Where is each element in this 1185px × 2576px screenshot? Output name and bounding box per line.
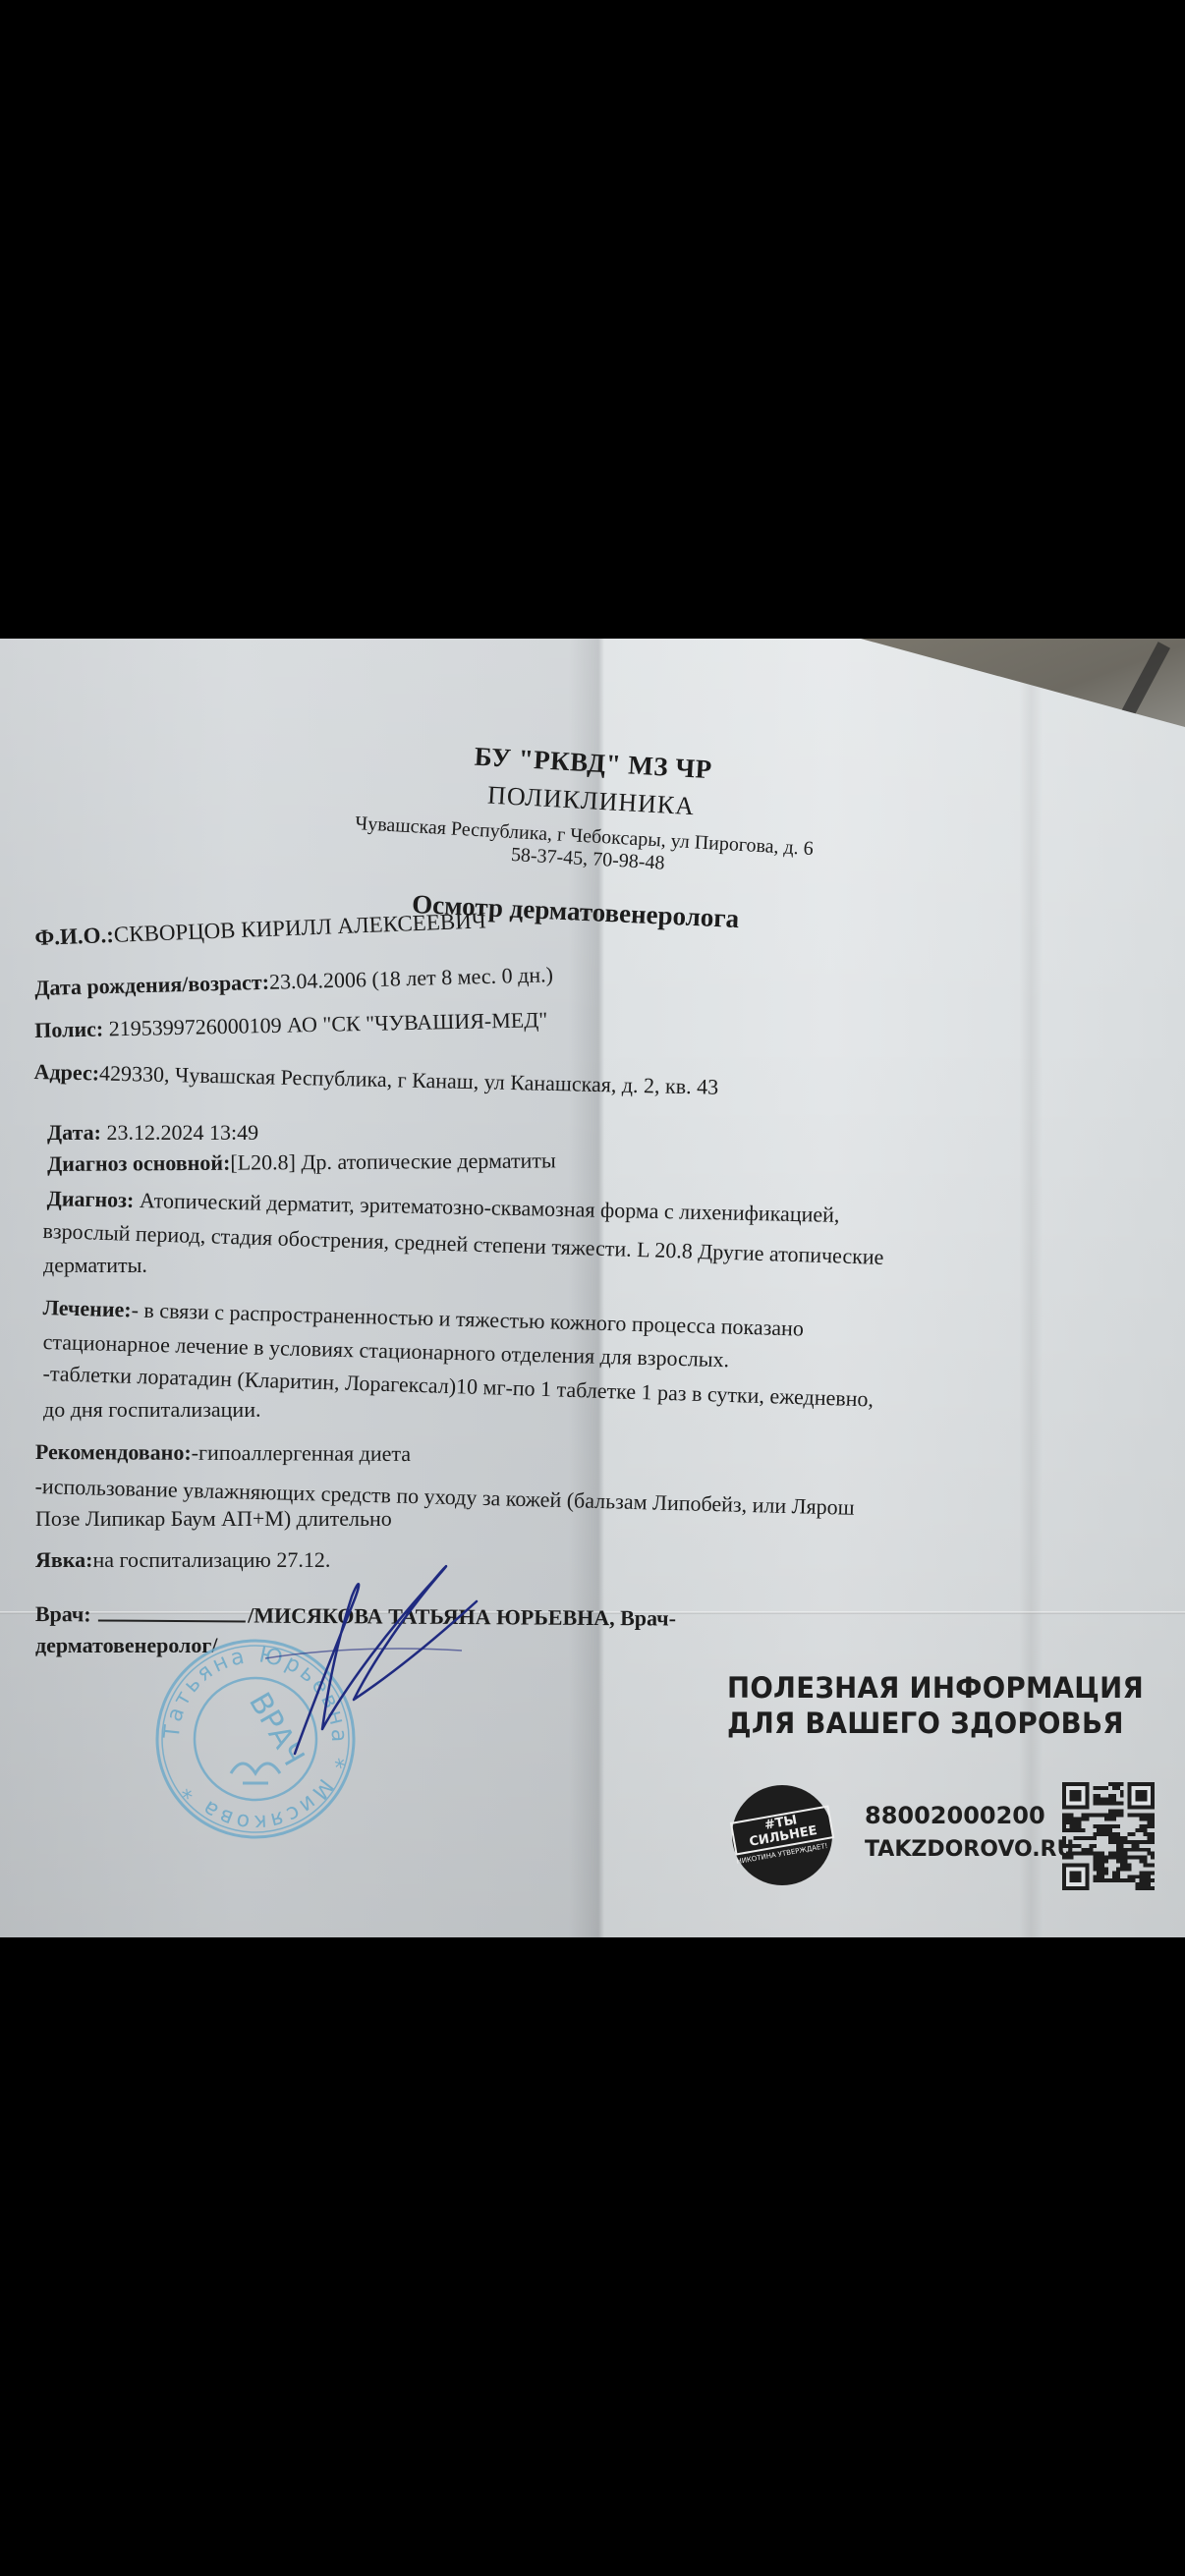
hotline-phone[interactable]: 88002000200 bbox=[865, 1802, 1045, 1829]
health-website-link[interactable]: TAKZDOROVO.RU bbox=[865, 1837, 1074, 1862]
doctor-label: Врач: bbox=[35, 1601, 91, 1626]
svg-text:Татьяна Юрьевна * Мисякова *: Татьяна Юрьевна * Мисякова * bbox=[160, 1643, 352, 1834]
document-header: БУ "РКВД" МЗ ЧР ПОЛИКЛИНИКА Чувашская Ре… bbox=[298, 732, 883, 887]
health-info-promo: ПОЛЕЗНАЯ ИНФОРМАЦИЯ ДЛЯ ВАШЕГО ЗДОРОВЬЯ … bbox=[727, 1670, 1159, 1741]
qr-code-icon[interactable] bbox=[1061, 1782, 1156, 1890]
campaign-logo-icon: #ТЫ СИЛЬНЕЕ НИКОТИНА УТВЕРЖДАЕТ! bbox=[732, 1785, 832, 1885]
diagnosis-label: Диагноз: bbox=[46, 1186, 134, 1212]
patient-dob-line: Дата рождения/возраст:23.04.2006 (18 лет… bbox=[34, 962, 553, 1001]
recommended-text: -гипоаллергенная диета bbox=[192, 1440, 412, 1466]
patient-dob-label: Дата рождения/возраст: bbox=[34, 970, 269, 1000]
patient-dob-value: 23.04.2006 (18 лет 8 мес. 0 дн.) bbox=[269, 962, 554, 994]
treatment-label: Лечение: bbox=[42, 1295, 132, 1322]
promo-title-line-1: ПОЛЕЗНАЯ ИНФОРМАЦИЯ bbox=[727, 1670, 1138, 1706]
recommended-label: Рекомендовано: bbox=[35, 1439, 192, 1465]
main-diagnosis-line: Диагноз основной:[L20.8] Др. атопические… bbox=[47, 1148, 556, 1177]
document-photo: БУ "РКВД" МЗ ЧР ПОЛИКЛИНИКА Чувашская Ре… bbox=[0, 639, 1185, 1937]
patient-policy-label: Полис: bbox=[34, 1017, 103, 1042]
patient-address-label: Адрес: bbox=[33, 1059, 99, 1085]
recommended-line-3: Позе Липикар Баум АП+М) длительно bbox=[35, 1506, 392, 1532]
exam-date-label: Дата: bbox=[47, 1120, 101, 1145]
signature-underline bbox=[98, 1619, 246, 1622]
visit-label: Явка: bbox=[35, 1547, 92, 1572]
main-diagnosis-value: [L20.8] Др. атопические дерматиты bbox=[230, 1148, 556, 1174]
medical-document: БУ "РКВД" МЗ ЧР ПОЛИКЛИНИКА Чувашская Ре… bbox=[0, 639, 1185, 1937]
diagnosis-line-3: дерматиты. bbox=[43, 1253, 147, 1278]
visit-value: на госпитализацию 27.12. bbox=[92, 1547, 330, 1572]
recommended-line-1: Рекомендовано:-гипоаллергенная диета bbox=[35, 1439, 411, 1467]
patient-address-value: 429330, Чувашская Республика, г Канаш, у… bbox=[99, 1061, 719, 1099]
patient-policy-line: Полис: 2195399726000109 АО "СК "ЧУВАШИЯ-… bbox=[34, 1007, 547, 1043]
visit-line: Явка:на госпитализацию 27.12. bbox=[35, 1547, 330, 1573]
doctor-name: /МИСЯКОВА ТАТЬЯНА ЮРЬЕВНА, Врач- bbox=[248, 1603, 676, 1631]
diagnosis-text: Атопический дерматит, эритематозно-сквам… bbox=[134, 1188, 840, 1227]
patient-address-line: Адрес:429330, Чувашская Республика, г Ка… bbox=[33, 1059, 718, 1100]
patient-name-line: Ф.И.О.:СКВОРЦОВ КИРИЛЛ АЛЕКСЕЕВИЧ bbox=[34, 908, 486, 951]
promo-title-line-2: ДЛЯ ВАШЕГО ЗДОРОВЬЯ bbox=[727, 1706, 1138, 1741]
doctor-stamp-icon: Татьяна Юрьевна * Мисякова * ВРАЧ bbox=[152, 1636, 359, 1842]
treatment-line-4: до дня госпитализации. bbox=[43, 1397, 260, 1423]
patient-name-value: СКВОРЦОВ КИРИЛЛ АЛЕКСЕЕВИЧ bbox=[113, 908, 486, 947]
patient-name-label: Ф.И.О.: bbox=[34, 923, 114, 950]
promo-contacts: #ТЫ СИЛЬНЕЕ НИКОТИНА УТВЕРЖДАЕТ! 8800200… bbox=[727, 1780, 1159, 1898]
main-diagnosis-label: Диагноз основной: bbox=[47, 1150, 230, 1176]
exam-date-line: Дата: 23.12.2024 13:49 bbox=[47, 1120, 258, 1146]
exam-date-value: 23.12.2024 13:49 bbox=[101, 1120, 258, 1145]
patient-policy-value: 2195399726000109 АО "СК "ЧУВАШИЯ-МЕД" bbox=[103, 1007, 548, 1040]
stamp-ring-text: Татьяна Юрьевна * Мисякова * bbox=[160, 1643, 352, 1834]
doctor-line: Врач: /МИСЯКОВА ТАТЬЯНА ЮРЬЕВНА, Врач- bbox=[35, 1601, 676, 1632]
